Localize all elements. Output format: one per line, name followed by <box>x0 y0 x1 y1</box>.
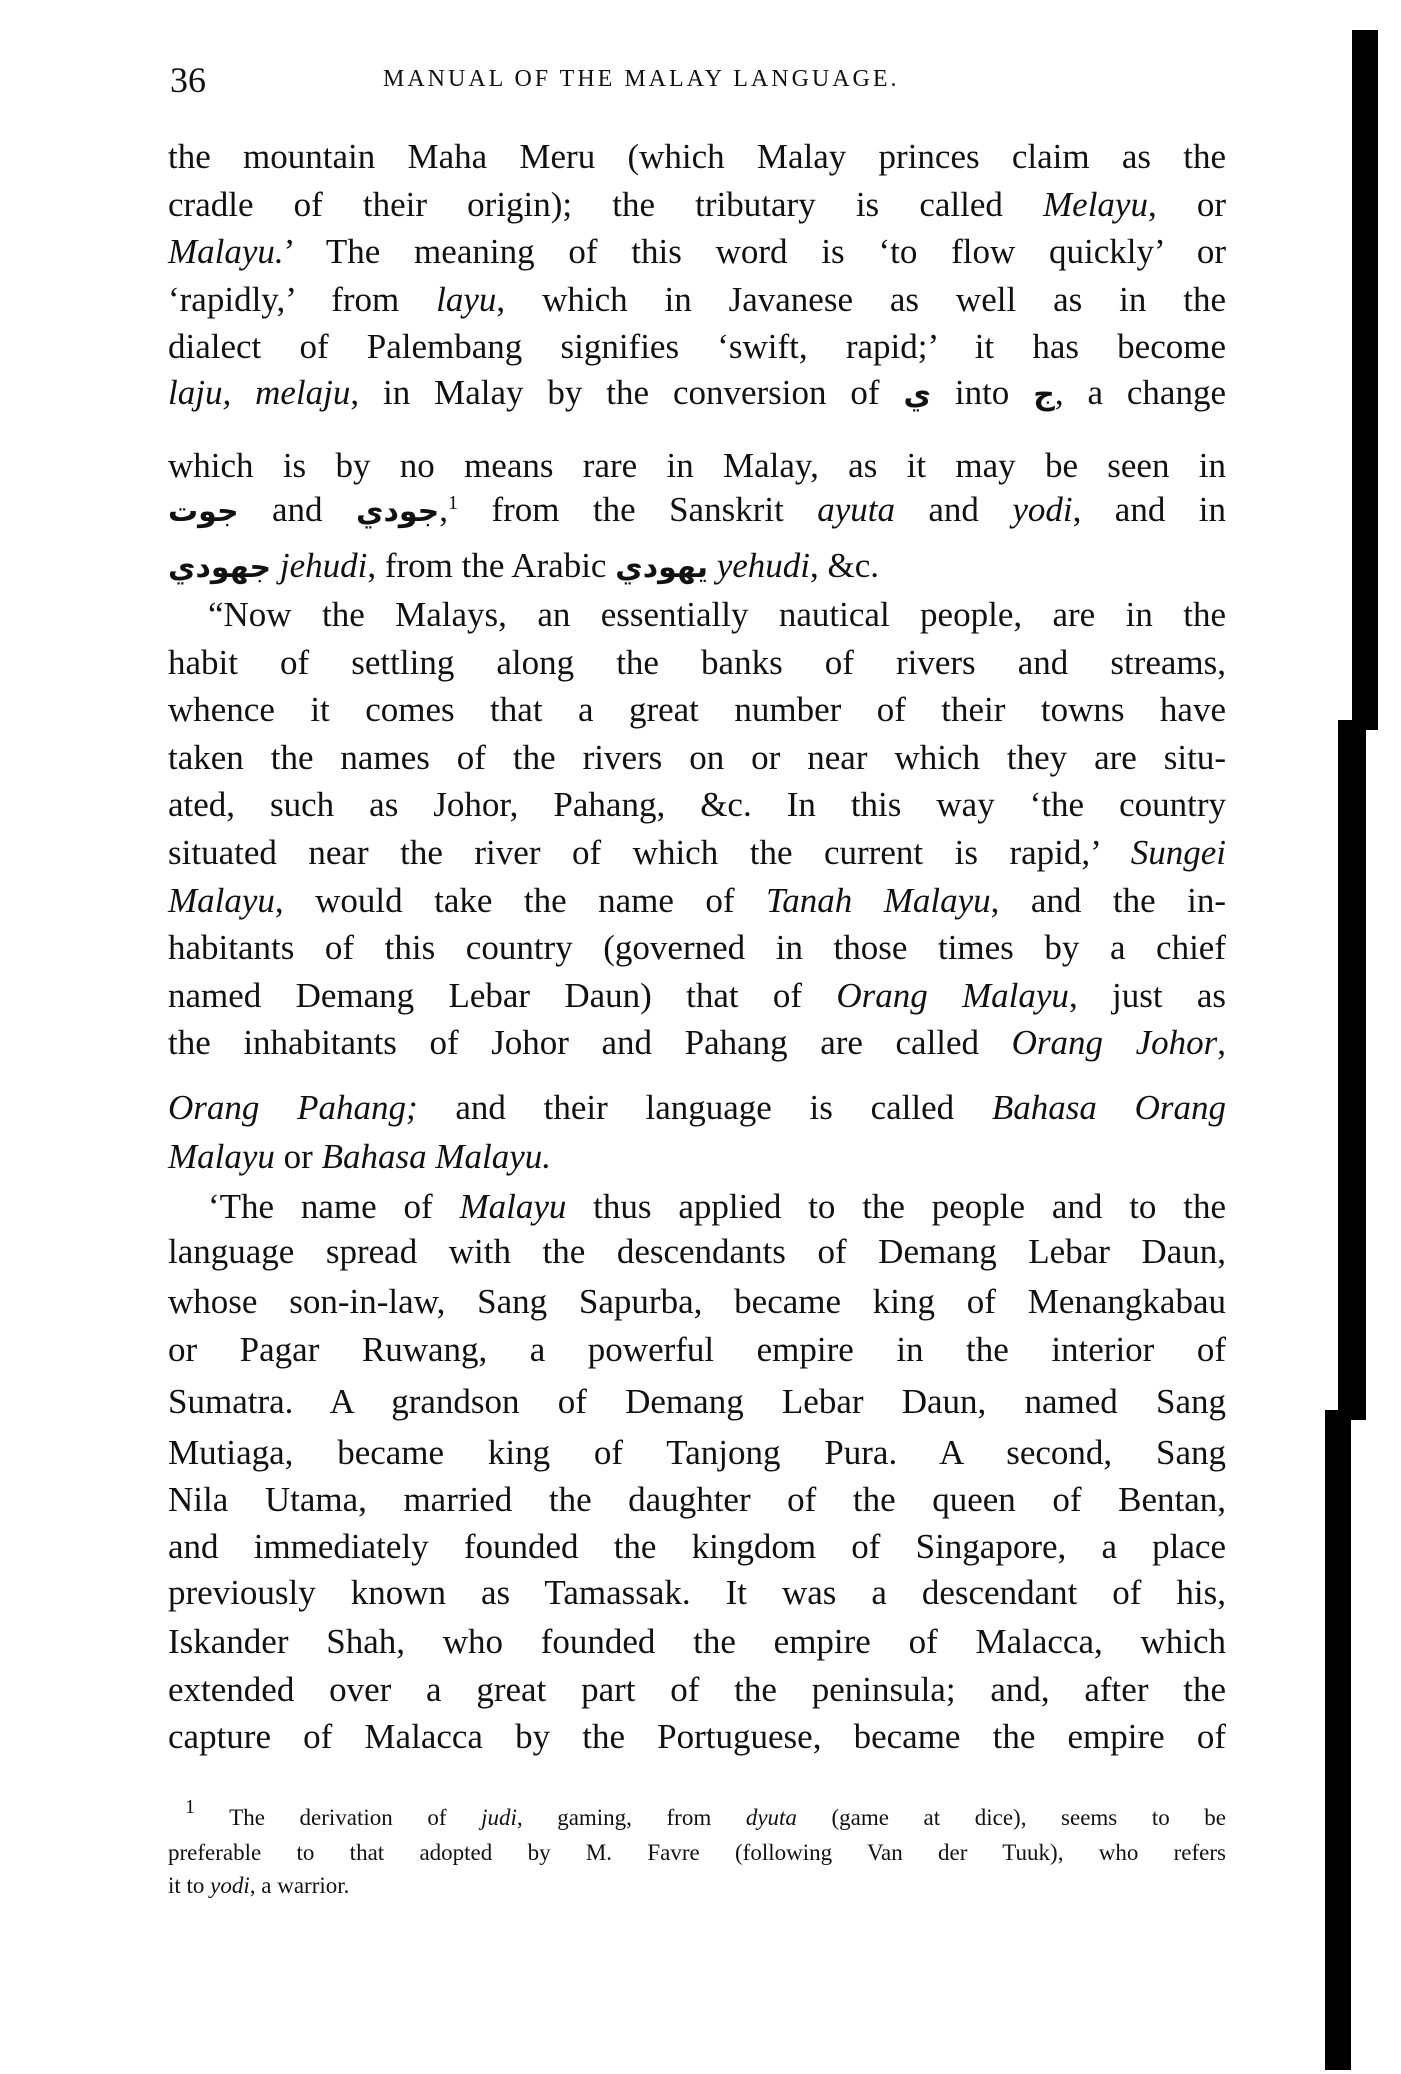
text-line: جوت and جودي,1 from the Sanskrit ayuta a… <box>168 490 1226 532</box>
text-run: , a change <box>1055 373 1226 412</box>
text-run: , a warrior. <box>250 1873 350 1898</box>
text-run: whose son-in-law, Sang Sapurba, became k… <box>168 1282 1226 1321</box>
italic-term: Bahasa Orang <box>992 1088 1226 1127</box>
text-run: which is by no means rare in Malay, as i… <box>168 446 1226 485</box>
text-run: Mutiaga, became king of Tanjong Pura. A … <box>168 1433 1226 1472</box>
text-line: capture of Malacca by the Portuguese, be… <box>168 1717 1226 1757</box>
arabic-word: جوت <box>168 494 239 529</box>
italic-term: Tanah Malayu <box>766 881 991 920</box>
text-line: جهودي jehudi, from the Arabic يهودي yehu… <box>168 546 1226 588</box>
text-run: dialect of Palembang signifies ‘swift, r… <box>168 327 1226 366</box>
text-line: taken the names of the rivers on or near… <box>168 738 1226 778</box>
text-run: or Pagar Ruwang, a powerful empire in th… <box>168 1330 1226 1369</box>
text-run: ‘rapidly,’ from <box>168 280 436 319</box>
text-run: named Demang Lebar Daun) that of <box>168 976 836 1015</box>
arabic-word: جودي <box>356 494 439 529</box>
text-line: ‘The name of Malayu thus applied to the … <box>208 1187 1226 1227</box>
italic-term: Malayu <box>459 1187 566 1226</box>
text-run: Nila Utama, married the daughter of the … <box>168 1480 1226 1519</box>
footnote-line: preferable to that adopted by M. Favre (… <box>168 1839 1226 1867</box>
text-run: , would take the name of <box>275 881 766 920</box>
text-line: Sumatra. A grandson of Demang Lebar Daun… <box>168 1382 1226 1422</box>
text-run: ’ The meaning of this word is ‘to flow q… <box>284 232 1226 271</box>
italic-term: yehudi <box>717 546 810 585</box>
text-line: habit of settling along the banks of riv… <box>168 643 1226 683</box>
text-run: , and the in- <box>991 881 1226 920</box>
text-line: language spread with the descendants of … <box>168 1232 1226 1272</box>
italic-term: dyuta <box>746 1805 797 1830</box>
text-line: whence it comes that a great number of t… <box>168 690 1226 730</box>
text-line: Malayu.’ The meaning of this word is ‘to… <box>168 232 1226 272</box>
text-line: dialect of Palembang signifies ‘swift, r… <box>168 327 1226 367</box>
text-line: situated near the river of which the cur… <box>168 833 1226 873</box>
arabic-word: جهودي <box>168 550 271 585</box>
text-run: situated near the river of which the cur… <box>168 833 1131 872</box>
text-run: , just as <box>1069 976 1226 1015</box>
italic-term: yodi <box>210 1873 250 1898</box>
text-line: named Demang Lebar Daun) that of Orang M… <box>168 976 1226 1016</box>
text-run: , gaming, from <box>517 1805 746 1830</box>
italic-term: yodi <box>1012 490 1072 529</box>
text-run: preferable to that adopted by M. Favre (… <box>168 1840 1226 1865</box>
italic-term: layu <box>436 280 496 319</box>
text-run: previously known as Tamassak. It was a d… <box>168 1573 1226 1612</box>
arabic-word: يهودي <box>615 550 708 585</box>
text-run: the mountain Maha Meru (which Malay prin… <box>168 137 1226 176</box>
text-run: cradle of their origin); the tributary i… <box>168 185 1043 224</box>
text-line: or Pagar Ruwang, a powerful empire in th… <box>168 1330 1226 1370</box>
text-line: which is by no means rare in Malay, as i… <box>168 446 1226 486</box>
footnote-marker: 1 <box>185 1796 195 1818</box>
arabic-word: ج <box>1033 377 1055 412</box>
text-run <box>271 546 280 585</box>
text-line: Iskander Shah, who founded the empire of… <box>168 1622 1226 1662</box>
italic-term: Malayu. <box>168 232 284 271</box>
text-run: , and in <box>1073 490 1226 529</box>
text-run: it to <box>168 1873 210 1898</box>
italic-term: jehudi <box>280 546 367 585</box>
italic-term: Malayu <box>168 1137 275 1176</box>
text-line: habitants of this country (governed in t… <box>168 928 1226 968</box>
text-line: cradle of their origin); the tributary i… <box>168 185 1226 225</box>
text-line: and immediately founded the kingdom of S… <box>168 1527 1226 1567</box>
text-run: extended over a great part of the penins… <box>168 1670 1226 1709</box>
text-run: taken the names of the rivers on or near… <box>168 738 1226 777</box>
italic-term: Malayu <box>168 881 275 920</box>
text-line: Nila Utama, married the daughter of the … <box>168 1480 1226 1520</box>
text-run: The derivation of <box>195 1805 481 1830</box>
text-line: Malayu or Bahasa Malayu. <box>168 1137 1226 1177</box>
text-line: Malayu, would take the name of Tanah Mal… <box>168 881 1226 921</box>
italic-term: Sungei <box>1131 833 1226 872</box>
text-run: and immediately founded the kingdom of S… <box>168 1527 1226 1566</box>
arabic-word: ي <box>903 377 931 412</box>
text-run: from the Sanskrit <box>458 490 817 529</box>
text-run: , from the Arabic <box>367 546 615 585</box>
text-line: the inhabitants of Johor and Pahang are … <box>168 1023 1226 1063</box>
text-line: the mountain Maha Meru (which Malay prin… <box>168 137 1226 177</box>
text-run: , &c. <box>810 546 879 585</box>
text-line: Mutiaga, became king of Tanjong Pura. A … <box>168 1433 1226 1473</box>
text-line: ated, such as Johor, Pahang, &c. In this… <box>168 785 1226 825</box>
italic-term: laju, melaju <box>168 373 350 412</box>
text-run: into <box>931 373 1033 412</box>
italic-term: Orang Pahang; <box>168 1088 418 1127</box>
text-run: and their language is called <box>418 1088 992 1127</box>
text-run: ated, such as Johor, Pahang, &c. In this… <box>168 785 1226 824</box>
italic-term: Orang Malayu <box>836 976 1069 1015</box>
page-number: 36 <box>170 58 206 102</box>
italic-term: ayuta <box>817 490 895 529</box>
text-run: habitants of this country (governed in t… <box>168 928 1226 967</box>
text-run: , <box>439 490 448 529</box>
text-run: the inhabitants of Johor and Pahang are … <box>168 1023 1012 1062</box>
text-run: , <box>1217 1023 1226 1062</box>
footnote-line: it to yodi, a warrior. <box>168 1872 1226 1900</box>
text-run: and <box>239 490 356 529</box>
footnote-marker: 1 <box>448 492 458 514</box>
running-head: MANUAL OF THE MALAY LANGUAGE. <box>383 62 900 96</box>
text-line: whose son-in-law, Sang Sapurba, became k… <box>168 1282 1226 1322</box>
text-run: “Now the Malays, an essentially nautical… <box>208 595 1226 634</box>
italic-term: Melayu <box>1043 185 1148 224</box>
text-run: , in Malay by the conversion of <box>350 373 903 412</box>
text-run: language spread with the descendants of … <box>168 1232 1226 1271</box>
text-run: habit of settling along the banks of riv… <box>168 643 1226 682</box>
text-run: and <box>895 490 1012 529</box>
text-run: (game at dice), seems to be <box>797 1805 1226 1830</box>
text-line: previously known as Tamassak. It was a d… <box>168 1573 1226 1613</box>
text-line: laju, melaju, in Malay by the conversion… <box>168 373 1226 415</box>
italic-term: judi <box>481 1805 517 1830</box>
text-run: , which in Javanese as well as in the <box>496 280 1226 319</box>
text-run: Sumatra. A grandson of Demang Lebar Daun… <box>168 1382 1226 1421</box>
text-run: capture of Malacca by the Portuguese, be… <box>168 1717 1226 1756</box>
text-run: , or <box>1148 185 1226 224</box>
text-line: Orang Pahang; and their language is call… <box>168 1088 1226 1128</box>
italic-term: Bahasa Malayu. <box>322 1137 551 1176</box>
text-run: or <box>275 1137 322 1176</box>
text-line: extended over a great part of the penins… <box>168 1670 1226 1710</box>
text-run: thus applied to the people and to the <box>566 1187 1226 1226</box>
text-line: ‘rapidly,’ from layu, which in Javanese … <box>168 280 1226 320</box>
text-run <box>708 546 717 585</box>
text-run: whence it comes that a great number of t… <box>168 690 1226 729</box>
text-run: Iskander Shah, who founded the empire of… <box>168 1622 1226 1661</box>
text-line: “Now the Malays, an essentially nautical… <box>208 595 1226 635</box>
footnote-line: 1 The derivation of judi, gaming, from d… <box>185 1804 1226 1832</box>
text-run: ‘The name of <box>208 1187 459 1226</box>
italic-term: Orang Johor <box>1012 1023 1218 1062</box>
